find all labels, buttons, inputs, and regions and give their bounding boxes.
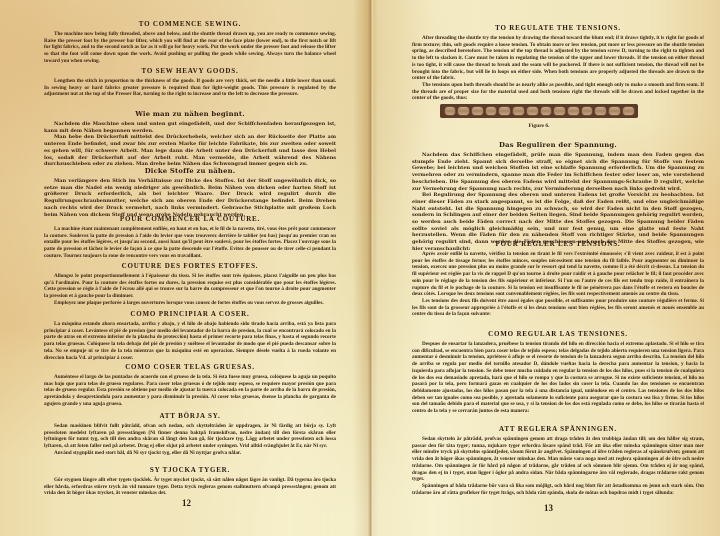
section-heading: Wie man zu nähen beginnt.: [44, 110, 336, 118]
figure-caption: Figure 6.: [412, 123, 666, 129]
section-paragraph: Employez une plaque perforée à larges ou…: [44, 300, 336, 307]
section-paragraph: The tensions upon both threads should be…: [412, 82, 704, 102]
section-regular-tensiones: COMO REGULAR LAS TENSIONES. Despues de e…: [412, 330, 704, 415]
booklet-spread: TO COMMENCE SEWING. The machine now bein…: [0, 0, 720, 536]
section-paragraph: Spänningen af båda trådarne bör vara så …: [412, 483, 704, 496]
section-reguliren-spannung: Das Reguliren der Spannung. Nachdem das …: [412, 141, 704, 253]
section-regler-tensions: POUR REGLER LES TENSIONS. Après avoir en…: [412, 240, 704, 318]
section-sy-tjocka-tyger: SY TJOCKA TYGER. Gör stygnen längre allt…: [44, 466, 336, 497]
section-heading: Dicke Stoffe zu nähen.: [44, 167, 336, 175]
section-heading: Das Reguliren der Spannung.: [412, 141, 704, 149]
section-heading: COMO REGULAR LAS TENSIONES.: [412, 330, 704, 338]
left-page: TO COMMENCE SEWING. The machine now bein…: [44, 0, 336, 536]
section-commence-sewing: TO COMMENCE SEWING. The machine now bein…: [44, 20, 336, 65]
section-paragraph: Allongez le point proportionnellement à …: [44, 273, 336, 300]
section-paragraph: Gör stygnen längre allt efter tygets tjo…: [44, 477, 336, 497]
section-paragraph: Man verlängere den Stich im Verhältnisse…: [44, 178, 336, 218]
section-heading: POUR COMMENCER LA COUTURE.: [44, 215, 336, 223]
section-paragraph: Använd stygnplåt med stort hål, då Ni sy…: [44, 450, 336, 457]
section-pour-commencer: POUR COMMENCER LA COUTURE. La machine ét…: [44, 215, 336, 260]
lockstitch-seam-icon: [440, 104, 638, 118]
section-heading: TO SEW HEAVY GOODS.: [44, 67, 336, 75]
section-heading: COUTURE DES FORTES ETOFFES.: [44, 262, 336, 270]
section-paragraph: Man hebe den Drückerfuß mittelst des Drü…: [44, 134, 336, 168]
section-telas-gruesas: COMO COSER TELAS GRUESAS. Auméntese el l…: [44, 363, 336, 408]
section-paragraph: After threading the shuttle try the tens…: [412, 35, 704, 82]
section-heading: ATT BÖRJA SY.: [44, 412, 336, 420]
section-paragraph: Sedan skytteln är påträdd, profvas spänn…: [412, 436, 704, 483]
page-number: 12: [182, 498, 191, 508]
section-heading: COMO PRINCIPIAR A COSER.: [44, 310, 336, 318]
section-como-principiar: COMO PRINCIPIAR A COSER. La máquina esta…: [44, 310, 336, 361]
section-paragraph: Nachdem das Schiffchen eingefädelt, prüf…: [412, 152, 704, 192]
section-paragraph: La machine étant maintenant complètement…: [44, 226, 336, 260]
section-paragraph: The machine now being fully threaded, ab…: [44, 31, 336, 65]
page-number: 13: [544, 503, 553, 513]
section-heading: TO COMMENCE SEWING.: [44, 20, 336, 28]
book-spine: [368, 0, 374, 536]
section-fortes-etoffes: COUTURE DES FORTES ETOFFES. Allongez le …: [44, 262, 336, 307]
section-heading: ATT REGLERA SPÄNNINGEN.: [412, 425, 704, 433]
section-paragraph: Nachdem die Maschine oben und unten gut …: [44, 121, 336, 134]
section-regulate-tensions: TO REGULATE THE TENSIONS. After threadin…: [412, 24, 704, 102]
section-paragraph: Sedan maskinen blifvit fullt påträdd, of…: [44, 423, 336, 450]
section-heading: SY TJOCKA TYGER.: [44, 466, 336, 474]
section-paragraph: Après avoir enfilé la navette, vérifiez …: [412, 251, 704, 298]
section-paragraph: Auméntese el largo de las puntadas de ac…: [44, 374, 336, 408]
section-wie-man-naehen: Wie man zu nähen beginnt. Nachdem die Ma…: [44, 110, 336, 168]
section-reglera-spanningen: ATT REGLERA SPÄNNINGEN. Sedan skytteln ä…: [412, 425, 704, 496]
section-sew-heavy-goods: TO SEW HEAVY GOODS. Lengthen the stitch …: [44, 67, 336, 98]
section-heading: POUR REGLER LES TENSIONS.: [412, 240, 704, 248]
section-heading: COMO COSER TELAS GRUESAS.: [44, 363, 336, 371]
section-paragraph: Despues de ensartar la lanzadera, pruébe…: [412, 341, 704, 415]
section-heading: TO REGULATE THE TENSIONS.: [412, 24, 704, 32]
section-paragraph: Les tensions des deux fils doivent être …: [412, 298, 704, 318]
section-att-borja-sy: ATT BÖRJA SY. Sedan maskinen blifvit ful…: [44, 412, 336, 457]
section-dicke-stoffe: Dicke Stoffe zu nähen. Man verlängere de…: [44, 167, 336, 218]
section-paragraph: Lengthen the stitch in proportion to the…: [44, 78, 336, 98]
section-paragraph: La máquina estando ahora ensartada, arri…: [44, 321, 336, 361]
right-page: TO REGULATE THE TENSIONS. After threadin…: [412, 0, 704, 536]
